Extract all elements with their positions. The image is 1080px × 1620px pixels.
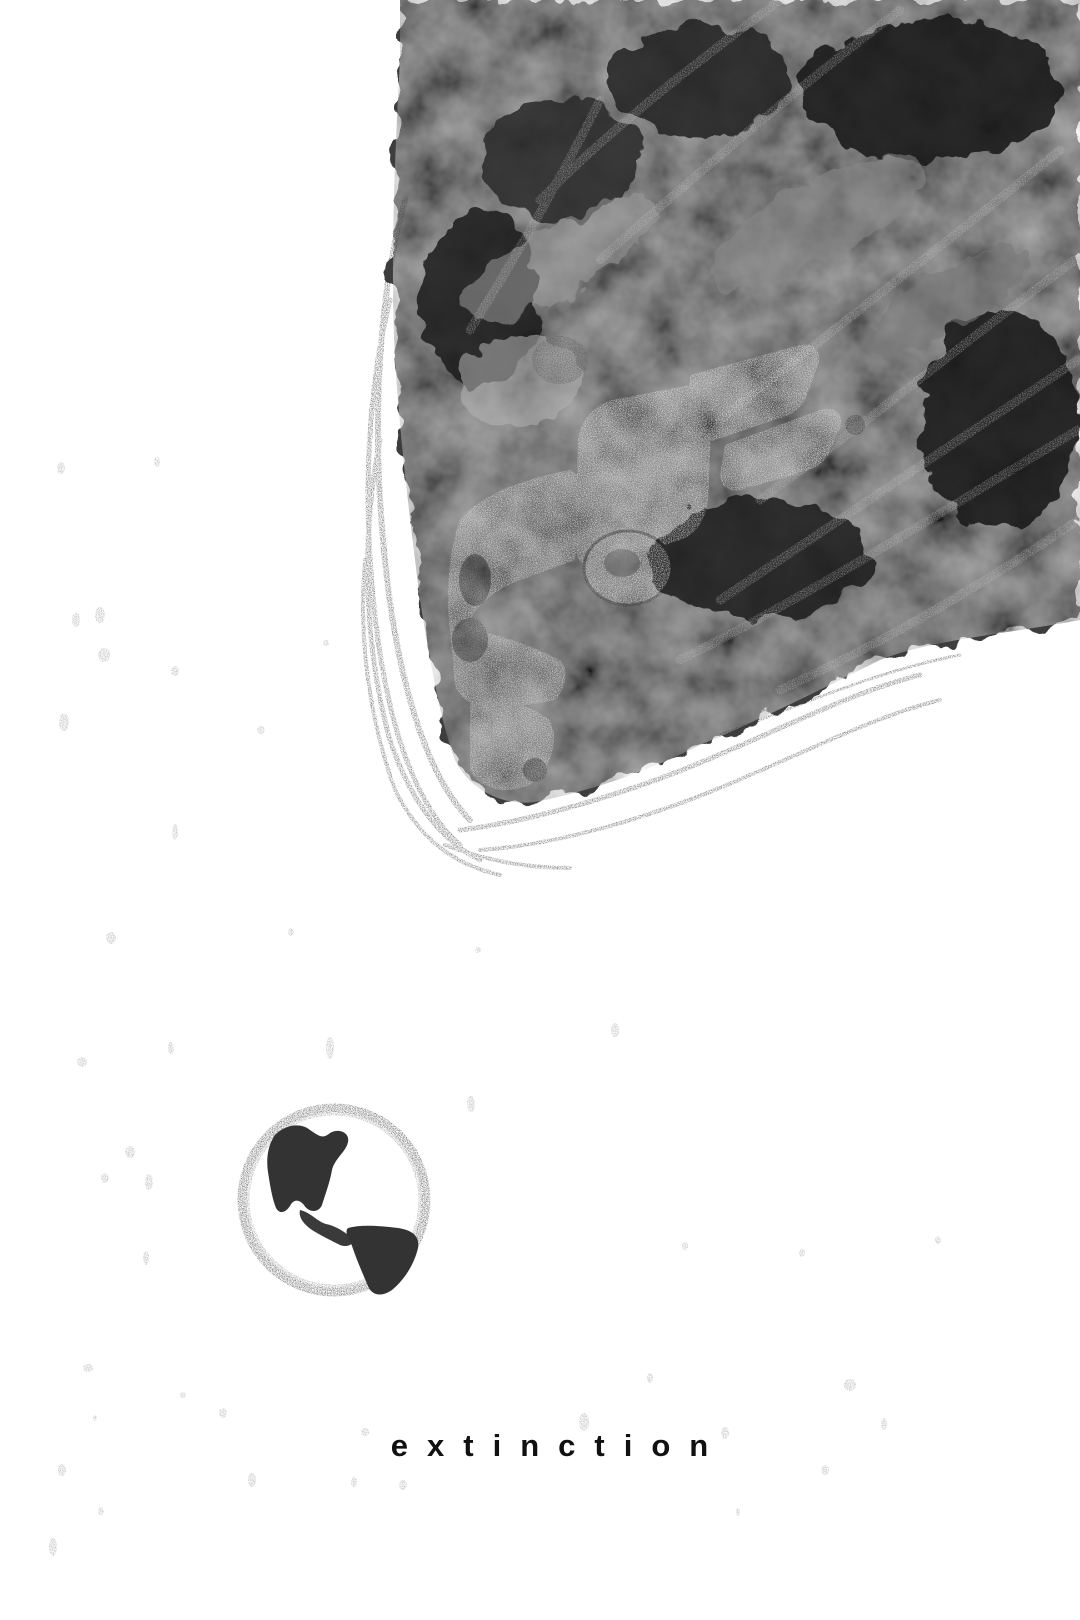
earth-globe bbox=[242, 1108, 426, 1295]
asteroid bbox=[393, 0, 1080, 803]
poster-illustration bbox=[0, 0, 1080, 1620]
poster-title: extinction bbox=[0, 1428, 1080, 1464]
